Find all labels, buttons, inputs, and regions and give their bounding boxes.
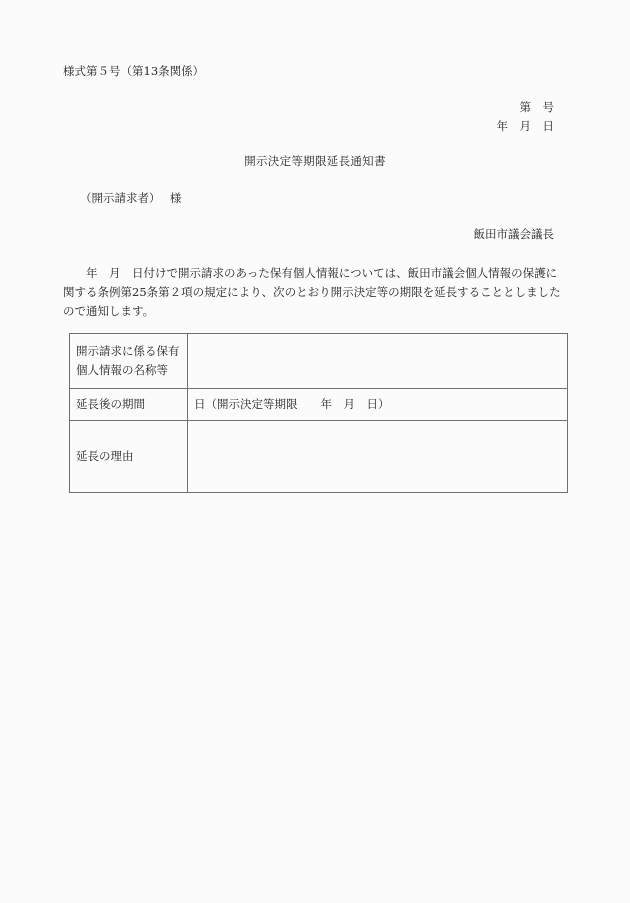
value-extended-period: 日（開示決定等期限 年 月 日） [188, 389, 568, 421]
label-line-2: 個人情報の名称等 [76, 361, 181, 380]
table-row-reason: 延長の理由 [70, 421, 568, 493]
body-paragraph: 年 月 日付けで開示請求のあった保有個人情報については、飯田市議会個人情報の保護… [63, 264, 565, 321]
label-reason: 延長の理由 [70, 421, 188, 493]
info-table: 開示請求に係る保有 個人情報の名称等 延長後の期間 日（開示決定等期限 年 月 … [69, 333, 568, 493]
body-line-2: 関する条例第25条第２項の規定により、次のとおり開示決定等の期限を延長することと… [63, 283, 565, 302]
label-extended-period: 延長後の期間 [70, 389, 188, 421]
table-row-record-name: 開示請求に係る保有 個人情報の名称等 [70, 334, 568, 389]
label-record-name: 開示請求に係る保有 個人情報の名称等 [70, 334, 188, 389]
issue-date: 年 月 日 [497, 121, 555, 133]
form-number: 様式第５号（第13条関係） [63, 66, 204, 78]
sender: 飯田市議会議長 [474, 229, 555, 241]
document-number: 第 号 [520, 102, 555, 114]
table-row-extended-period: 延長後の期間 日（開示決定等期限 年 月 日） [70, 389, 568, 421]
value-reason [188, 421, 568, 493]
recipient: （開示請求者） 様 [80, 193, 181, 205]
body-line-3: ので通知します。 [63, 302, 565, 321]
value-record-name [188, 334, 568, 389]
body-line-1: 年 月 日付けで開示請求のあった保有個人情報については、飯田市議会個人情報の保護… [63, 264, 565, 283]
document-title: 開示決定等期限延長通知書 [0, 156, 630, 168]
label-line-1: 開示請求に係る保有 [76, 342, 181, 361]
